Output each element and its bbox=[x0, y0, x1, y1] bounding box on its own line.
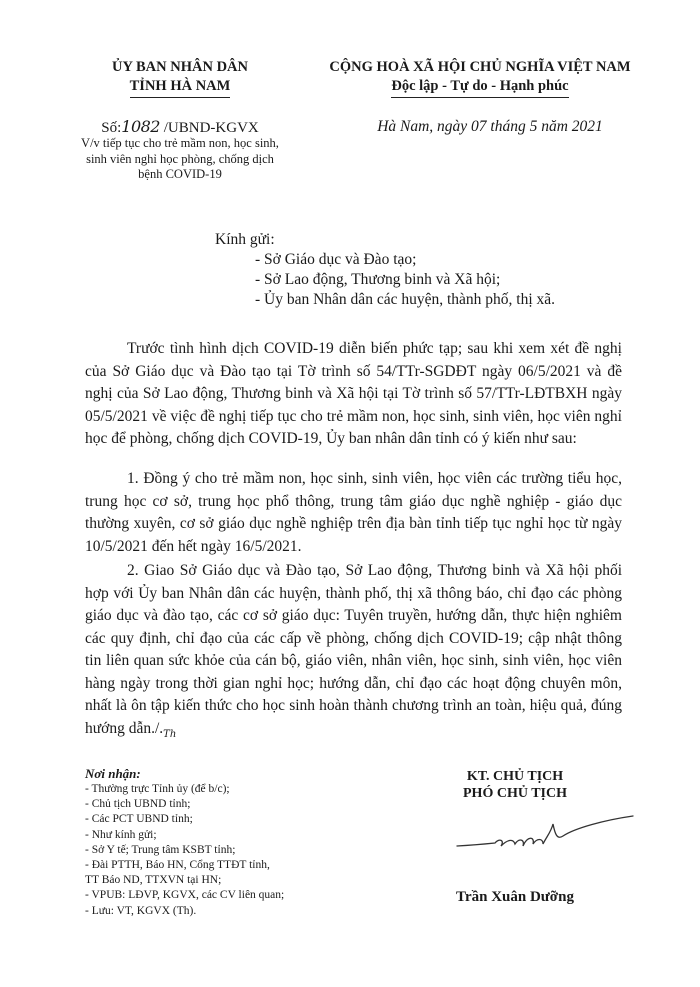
addressees: Kính gửi: - Sở Giáo dục và Đào tạo; - Sở… bbox=[215, 230, 555, 310]
org-name-line1: ỦY BAN NHÂN DÂN bbox=[80, 58, 280, 77]
national-title: CỘNG HOÀ XÃ HỘI CHỦ NGHĨA VIỆT NAM bbox=[320, 58, 640, 77]
recipients-title: Nơi nhận: bbox=[85, 766, 284, 782]
signature-title-line2: PHÓ CHỦ TỊCH bbox=[405, 785, 625, 802]
document-number-handwritten: 1082 bbox=[121, 117, 160, 136]
subject-line: sinh viên nghỉ học phòng, chống dịch bbox=[80, 152, 280, 168]
recipient-item: - VPUB: LĐVP, KGVX, các CV liên quan; bbox=[85, 888, 284, 903]
subject-line: bệnh COVID-19 bbox=[80, 167, 280, 183]
document-number-suffix: /UBND-KGVX bbox=[160, 120, 259, 136]
addressees-label: Kính gửi: bbox=[215, 230, 555, 250]
subject-summary: V/v tiếp tục cho trẻ mầm non, học sinh, … bbox=[80, 136, 280, 183]
body-item-1: 1. Đồng ý cho trẻ mầm non, học sinh, sin… bbox=[85, 468, 622, 558]
national-motto: Độc lập - Tự do - Hạnh phúc bbox=[391, 77, 568, 98]
org-name-line2: TỈNH HÀ NAM bbox=[130, 77, 231, 98]
handwritten-signature-icon bbox=[455, 810, 635, 860]
recipient-item: - Chủ tịch UBND tỉnh; bbox=[85, 797, 284, 812]
signature-title-line1: KT. CHỦ TỊCH bbox=[405, 768, 625, 785]
body-item-2: 2. Giao Sở Giáo dục và Đào tạo, Sở Lao đ… bbox=[85, 560, 622, 746]
intro-paragraph: Trước tình hình dịch COVID-19 diễn biến … bbox=[85, 338, 622, 451]
recipient-item: - Như kính gửi; bbox=[85, 828, 284, 843]
recipient-item: TT Báo ND, TTXVN tại HN; bbox=[85, 873, 284, 888]
national-header: CỘNG HOÀ XÃ HỘI CHỦ NGHĨA VIỆT NAM Độc l… bbox=[320, 58, 640, 98]
recipient-item: - Các PCT UBND tỉnh; bbox=[85, 812, 284, 827]
signature-title-block: KT. CHỦ TỊCH PHÓ CHỦ TỊCH bbox=[405, 768, 625, 802]
body-intro: Trước tình hình dịch COVID-19 diễn biến … bbox=[85, 338, 622, 451]
issuing-authority: ỦY BAN NHÂN DÂN TỈNH HÀ NAM bbox=[80, 58, 280, 98]
addressee-item: - Ủy ban Nhân dân các huyện, thành phố, … bbox=[215, 290, 555, 310]
addressee-item: - Sở Giáo dục và Đào tạo; bbox=[215, 250, 555, 270]
recipient-item: - Thường trực Tỉnh ủy (để b/c); bbox=[85, 782, 284, 797]
recipient-item: - Sở Y tế; Trung tâm KSBT tỉnh; bbox=[85, 843, 284, 858]
addressee-item: - Sở Lao động, Thương binh và Xã hội; bbox=[215, 270, 555, 290]
signer-name: Trần Xuân Dưỡng bbox=[405, 889, 625, 906]
date-line: Hà Nam, ngày 07 tháng 5 năm 2021 bbox=[345, 118, 635, 136]
recipients-list: Nơi nhận: - Thường trực Tỉnh ủy (để b/c)… bbox=[85, 766, 284, 919]
handwritten-initials: Th bbox=[163, 729, 176, 740]
item-1-paragraph: 1. Đồng ý cho trẻ mầm non, học sinh, sin… bbox=[85, 468, 622, 558]
document-number-prefix: Số: bbox=[101, 120, 121, 136]
document-number: Số:1082 /UBND-KGVX bbox=[80, 118, 280, 137]
recipient-item: - Đài PTTH, Báo HN, Cổng TTĐT tỉnh, bbox=[85, 858, 284, 873]
item-2-paragraph: 2. Giao Sở Giáo dục và Đào tạo, Sở Lao đ… bbox=[85, 562, 622, 737]
recipient-item: - Lưu: VT, KGVX (Th). bbox=[85, 904, 284, 919]
subject-line: V/v tiếp tục cho trẻ mầm non, học sinh, bbox=[80, 136, 280, 152]
